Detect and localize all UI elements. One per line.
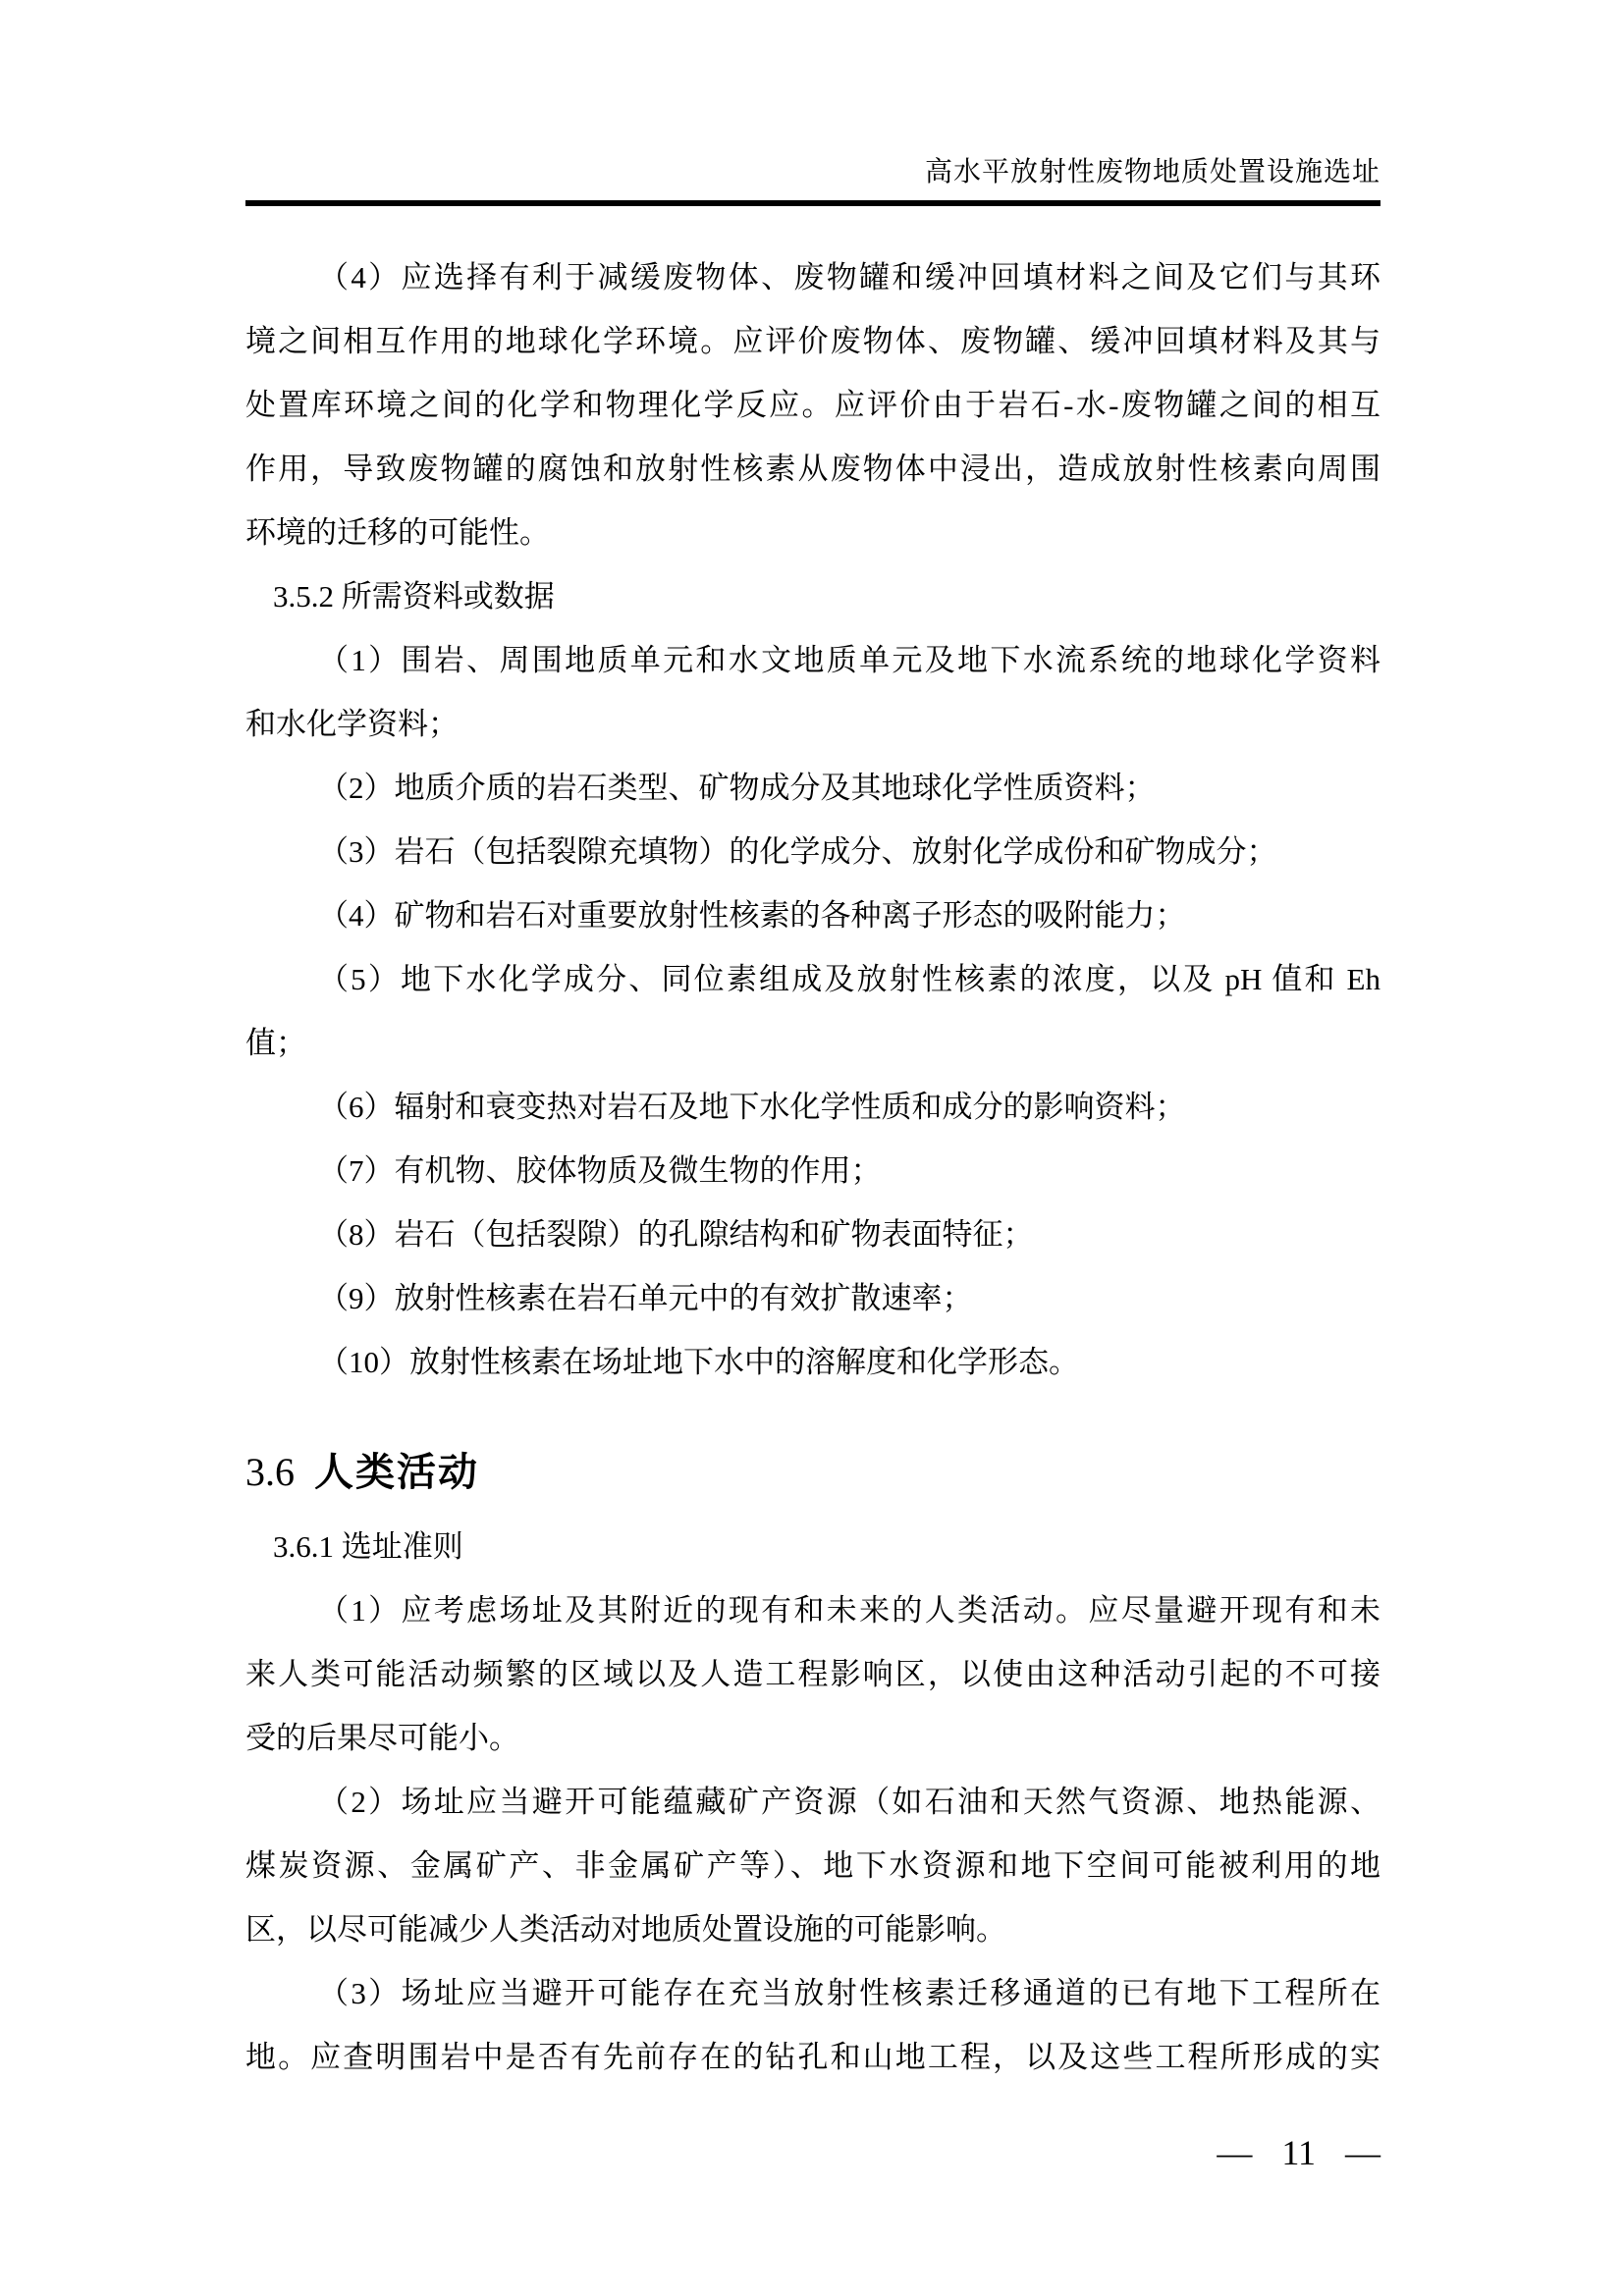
text-line: （9）放射性核素在岩石单元中的有效扩散速率； (245, 1266, 1380, 1330)
running-header: 高水平放射性废物地质处置设施选址 (245, 153, 1380, 192)
subsection-heading: 3.5.2 所需资料或数据 (245, 564, 1380, 628)
text-line: 作用，导致废物罐的腐蚀和放射性核素从废物体中浸出，造成放射性核素向周围 (245, 437, 1380, 501)
text-line: 地。应查明围岩中是否有先前存在的钻孔和山地工程，以及这些工程所形成的实 (245, 2025, 1380, 2089)
page-number-dash-left: — (1217, 2133, 1252, 2172)
text-line: 来人类可能活动频繁的区域以及人造工程影响区，以使由这种活动引起的不可接 (245, 1642, 1380, 1706)
document-body: （4）应选择有利于减缓废物体、废物罐和缓冲回填材料之间及它们与其环境之间相互作用… (245, 245, 1380, 2089)
text-line: 和水化学资料； (245, 692, 1380, 756)
text-line: （8）岩石（包括裂隙）的孔隙结构和矿物表面特征； (245, 1202, 1380, 1266)
text-line: （2）地质介质的岩石类型、矿物成分及其地球化学性质资料； (245, 756, 1380, 820)
text-line: 值； (245, 1011, 1380, 1075)
text-line: 环境的迁移的可能性。 (245, 501, 1380, 564)
text-line: （2）场址应当避开可能蕴藏矿产资源（如石油和天然气资源、地热能源、 (245, 1770, 1380, 1834)
section-number: 3.6 (245, 1450, 295, 1494)
subsection-heading: 3.6.1 选址准则 (245, 1515, 1380, 1578)
text-line: （1）围岩、周围地质单元和水文地质单元及地下水流系统的地球化学资料 (245, 628, 1380, 692)
page-number-dash-right: — (1345, 2133, 1380, 2172)
text-line: 处置库环境之间的化学和物理化学反应。应评价由于岩石-水-废物罐之间的相互 (245, 373, 1380, 437)
header-rule (245, 200, 1380, 206)
document-page: 高水平放射性废物地质处置设施选址 （4）应选择有利于减缓废物体、废物罐和缓冲回填… (0, 0, 1624, 2296)
text-line: （5）地下水化学成分、同位素组成及放射性核素的浓度，以及 pH 值和 Eh (245, 947, 1380, 1011)
text-line: （4）矿物和岩石对重要放射性核素的各种离子形态的吸附能力； (245, 883, 1380, 947)
text-line: （4）应选择有利于减缓废物体、废物罐和缓冲回填材料之间及它们与其环 (245, 245, 1380, 309)
text-line: 受的后果尽可能小。 (245, 1706, 1380, 1770)
section-title: 人类活动 (314, 1451, 479, 1494)
section-heading: 3.6人类活动 (245, 1440, 1380, 1505)
text-line: （1）应考虑场址及其附近的现有和未来的人类活动。应尽量避开现有和未 (245, 1578, 1380, 1642)
text-line: （6）辐射和衰变热对岩石及地下水化学性质和成分的影响资料； (245, 1075, 1380, 1139)
text-line: （10）放射性核素在场址地下水中的溶解度和化学形态。 (245, 1330, 1380, 1394)
text-line: （3）岩石（包括裂隙充填物）的化学成分、放射化学成份和矿物成分； (245, 820, 1380, 883)
text-line: （3）场址应当避开可能存在充当放射性核素迁移通道的已有地下工程所在 (245, 1961, 1380, 2025)
page-number-value: 11 (1281, 2133, 1316, 2172)
text-line: 境之间相互作用的地球化学环境。应评价废物体、废物罐、缓冲回填材料及其与 (245, 309, 1380, 373)
page-number: —11— (245, 2128, 1380, 2177)
text-line: 区，以尽可能减少人类活动对地质处置设施的可能影响。 (245, 1897, 1380, 1961)
text-line: 煤炭资源、金属矿产、非金属矿产等）、地下水资源和地下空间可能被利用的地 (245, 1834, 1380, 1897)
text-line: （7）有机物、胶体物质及微生物的作用； (245, 1139, 1380, 1202)
